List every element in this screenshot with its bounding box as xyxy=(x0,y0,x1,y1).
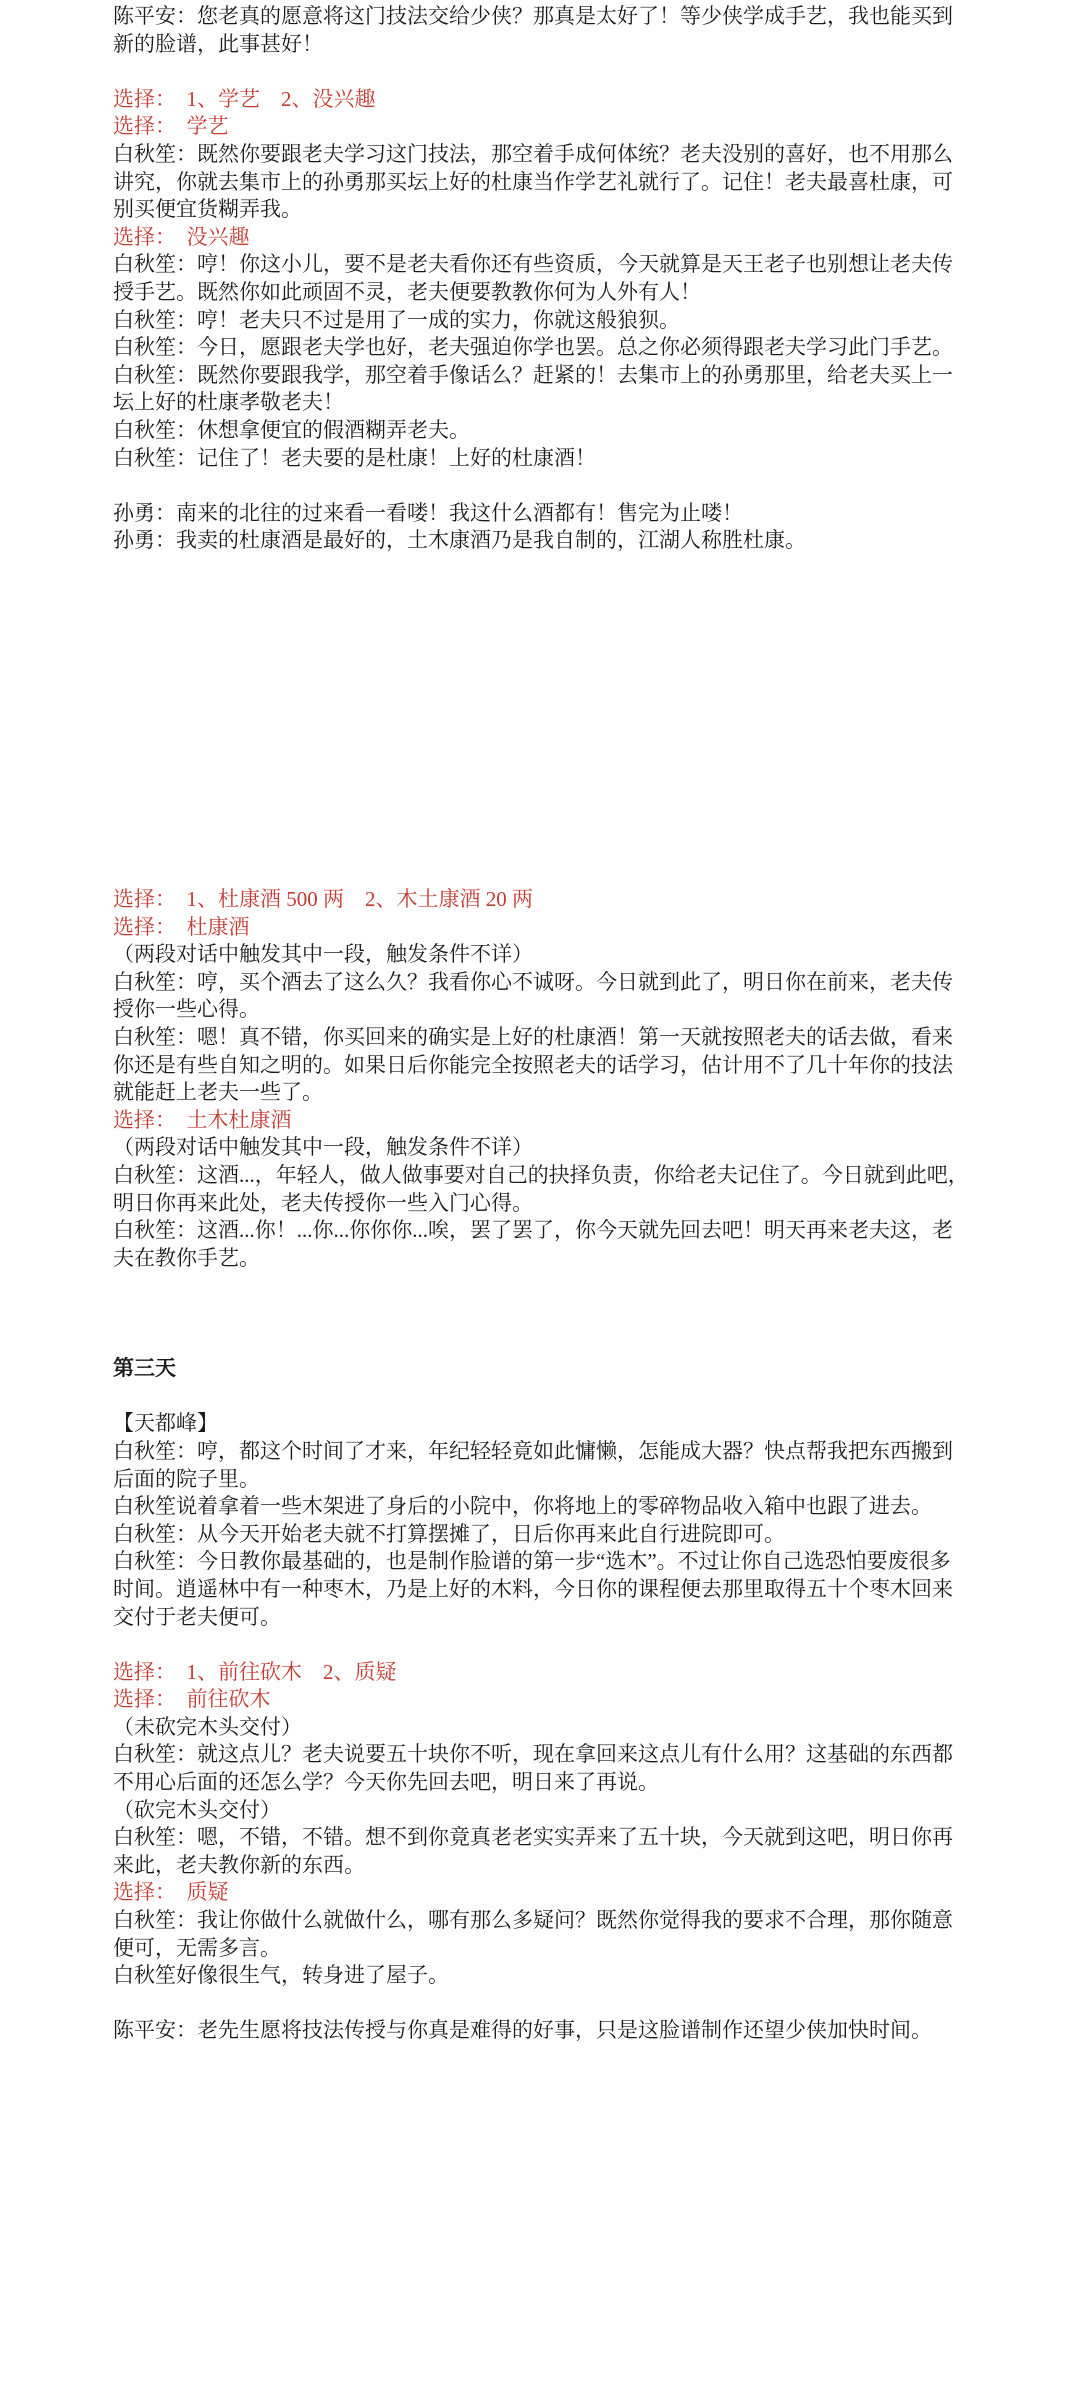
dialogue-line: 白秋笙：这酒...，年轻人，做人做事要对自己的抉择负责，你给老夫记住了。今日就到… xyxy=(113,1162,970,1217)
choice-line: 选择： 土木杜康酒 xyxy=(113,1107,970,1135)
note-line: （砍完木头交付） xyxy=(113,1797,970,1825)
dialogue-line: 白秋笙：哼！你这小儿，要不是老夫看你还有些资质，今天就算是天王老子也别想让老夫传… xyxy=(113,251,970,306)
dialogue-line: 白秋笙：哼，都这个时间了才来，年纪轻轻竟如此慵懒，怎能成大器？快点帮我把东西搬到… xyxy=(113,1438,970,1493)
blank-line xyxy=(113,1990,970,2018)
dialogue-line: 白秋笙：既然你要跟老夫学习这门技法，那空着手成何体统？老夫没别的喜好，也不用那么… xyxy=(113,141,970,224)
dialogue-line: 白秋笙：记住了！老夫要的是杜康！上好的杜康酒！ xyxy=(113,445,970,473)
dialogue-line: 白秋笙：嗯，不错，不错。想不到你竟真老老实实弄来了五十块，今天就到这吧，明日你再… xyxy=(113,1824,970,1879)
blank-line xyxy=(113,1383,970,1411)
dialogue-line: 孙勇：南来的北往的过来看一看喽！我这什么酒都有！售完为止喽！ xyxy=(113,500,970,528)
dialogue-line: 白秋笙：今日教你最基础的，也是制作脸谱的第一步“选木”。不过让你自己选恐怕要废很… xyxy=(113,1548,970,1631)
note-line: （未砍完木头交付） xyxy=(113,1714,970,1742)
blank-line xyxy=(113,1631,970,1659)
dialogue-line: 白秋笙：这酒...你！...你...你你你...唉，罢了罢了，你今天就先回去吧！… xyxy=(113,1217,970,1272)
note-line: （两段对话中触发其中一段，触发条件不详） xyxy=(113,941,970,969)
document-body: 陈平安：您老真的愿意将这门技法交给少侠？那真是太好了！等少侠学成手艺，我也能买到… xyxy=(113,3,970,2045)
dialogue-line: 陈平安：您老真的愿意将这门技法交给少侠？那真是太好了！等少侠学成手艺，我也能买到… xyxy=(113,3,970,58)
dialogue-line: 白秋笙：既然你要跟我学，那空着手像话么？赶紧的！去集市上的孙勇那里，给老夫买上一… xyxy=(113,362,970,417)
blank-line xyxy=(113,472,970,500)
choice-line: 选择： 杜康酒 xyxy=(113,914,970,942)
dialogue-line: 孙勇：我卖的杜康酒是最好的，土木康酒乃是我自制的，江湖人称胜杜康。 xyxy=(113,527,970,555)
narration-line: 白秋笙说着拿着一些木架进了身后的小院中，你将地上的零碎物品收入箱中也跟了进去。 xyxy=(113,1493,970,1521)
dialogue-line: 白秋笙：我让你做什么就做什么，哪有那么多疑问？既然你觉得我的要求不合理，那你随意… xyxy=(113,1907,970,1962)
dialogue-line: 白秋笙：今日，愿跟老夫学也好，老夫强迫你学也罢。总之你必须得跟老夫学习此门手艺。 xyxy=(113,334,970,362)
choice-line: 选择： 质疑 xyxy=(113,1879,970,1907)
choice-line: 选择： 1、学艺 2、没兴趣 xyxy=(113,86,970,114)
dialogue-line: 白秋笙：哼，买个酒去了这么久？我看你心不诚呀。今日就到此了，明日你在前来，老夫传… xyxy=(113,969,970,1024)
dialogue-line: 白秋笙：哼！老夫只不过是用了一成的实力，你就这般狼狈。 xyxy=(113,307,970,335)
section-gap xyxy=(113,1272,970,1355)
dialogue-line: 陈平安：老先生愿将技法传授与你真是难得的好事，只是这脸谱制作还望少侠加快时间。 xyxy=(113,2017,970,2045)
dialogue-line: 白秋笙：就这点儿？老夫说要五十块你不听，现在拿回来这点儿有什么用？这基础的东西都… xyxy=(113,1741,970,1796)
scene-label: 【天都峰】 xyxy=(113,1410,970,1438)
blank-line xyxy=(113,58,970,86)
choice-line: 选择： 1、杜康酒 500 两 2、木土康酒 20 两 xyxy=(113,886,970,914)
document-page: 陈平安：您老真的愿意将这门技法交给少侠？那真是太好了！等少侠学成手艺，我也能买到… xyxy=(0,0,1080,2400)
choice-line: 选择： 没兴趣 xyxy=(113,224,970,252)
choice-line: 选择： 学艺 xyxy=(113,113,970,141)
narration-line: 白秋笙好像很生气，转身进了屋子。 xyxy=(113,1962,970,1990)
choice-line: 选择： 1、前往砍木 2、质疑 xyxy=(113,1659,970,1687)
choice-line: 选择： 前往砍木 xyxy=(113,1686,970,1714)
section-heading: 第三天 xyxy=(113,1355,970,1383)
dialogue-line: 白秋笙：从今天开始老夫就不打算摆摊了，日后你再来此自行进院即可。 xyxy=(113,1521,970,1549)
section-gap xyxy=(113,555,970,886)
dialogue-line: 白秋笙：休想拿便宜的假酒糊弄老夫。 xyxy=(113,417,970,445)
dialogue-line: 白秋笙：嗯！真不错，你买回来的确实是上好的杜康酒！第一天就按照老夫的话去做，看来… xyxy=(113,1024,970,1107)
note-line: （两段对话中触发其中一段，触发条件不详） xyxy=(113,1134,970,1162)
